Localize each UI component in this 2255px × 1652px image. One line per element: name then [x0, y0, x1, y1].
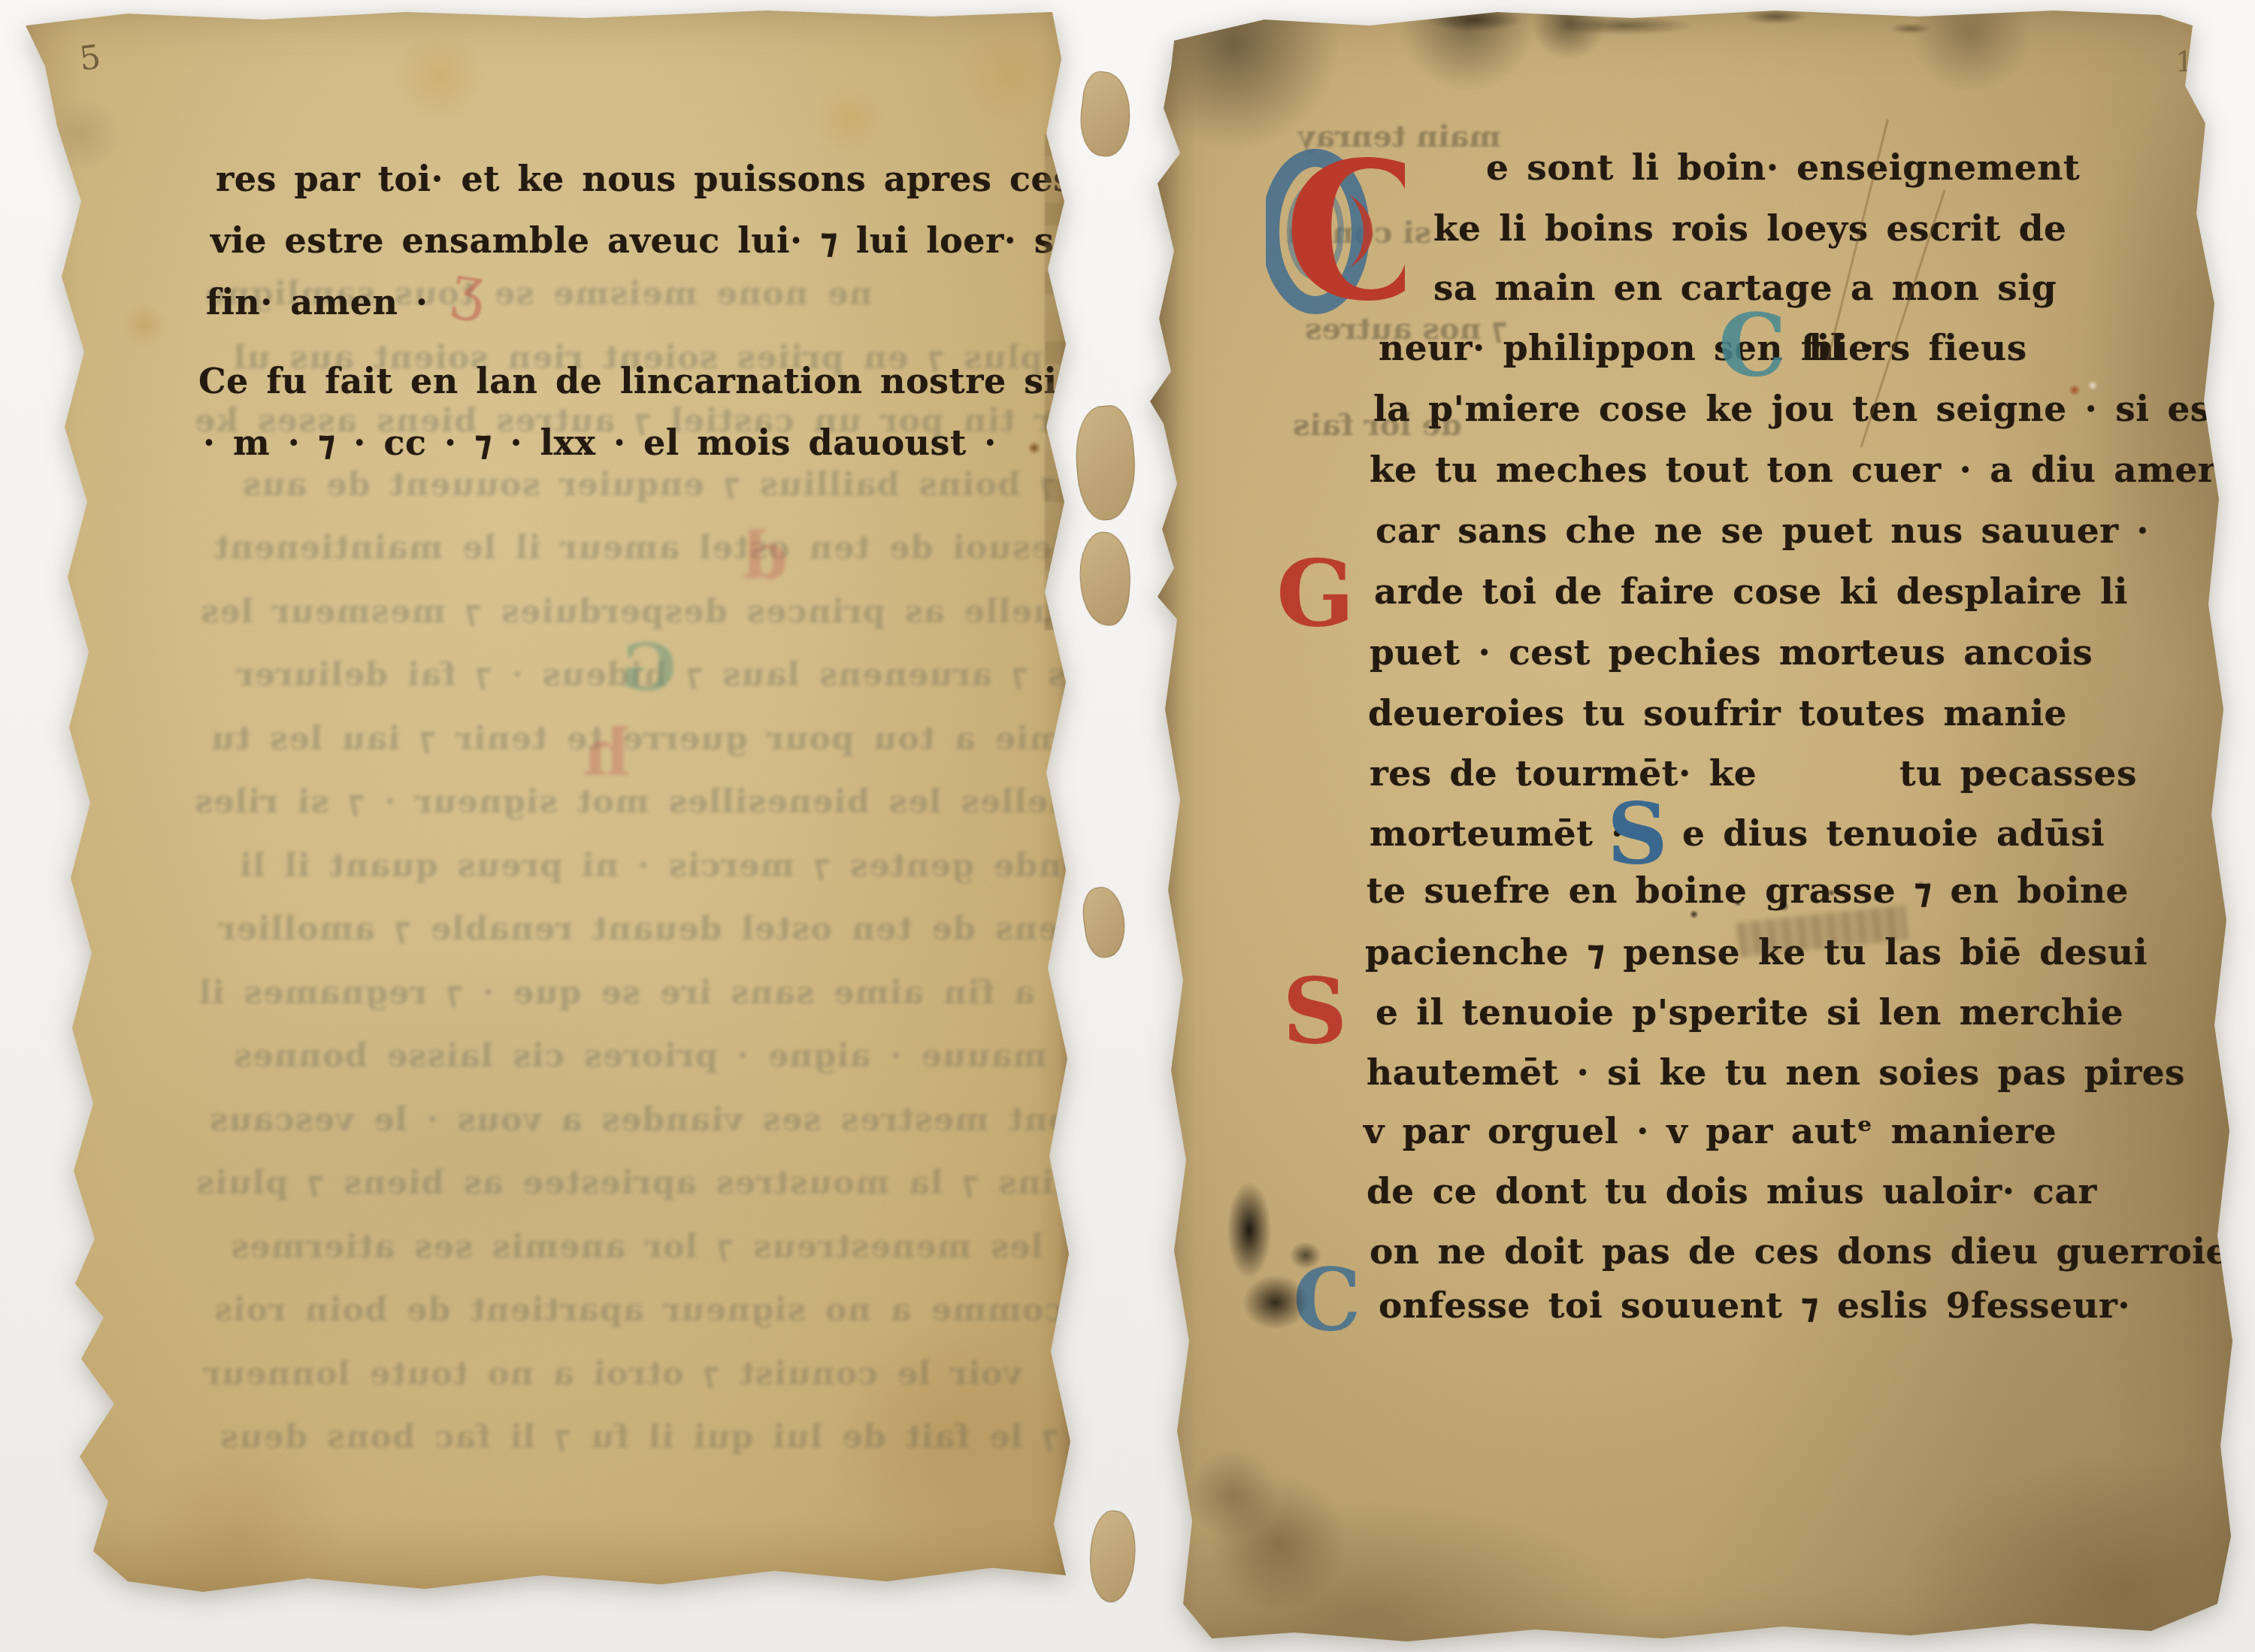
spine-parchment-tab: [1085, 1508, 1140, 1605]
initial-S-rubric: S: [1282, 967, 1348, 1057]
top-edge-grime: [1385, 3, 2001, 54]
manuscript-line: on ne doit pas de ces dons dieu guerroie…: [1370, 1234, 2247, 1269]
left-page: ne none meisme se tous samlignearent plu…: [15, 6, 1091, 1605]
showthrough-initial: h: [583, 722, 631, 786]
spine-edge-shadow: [1144, 3, 1180, 1649]
manuscript-line: e dius tenuoie adūsi: [1682, 816, 2105, 852]
manuscript-line: v par orguel · v par autᵉ maniere: [1364, 1114, 2057, 1149]
manuscript-line: vie estre ensamble aveuc lui· ⁊ lui loer…: [210, 223, 1091, 258]
showthrough-line: reprens de ten ostel deuant renable ⁊ am…: [218, 913, 1091, 946]
svg-text:C: C: [1284, 120, 1405, 343]
illuminated-initial-C: C: [1266, 117, 1405, 346]
manuscript-line: ke li boins rois loeys escrit de: [1433, 211, 2066, 247]
showthrough-initial: d: [743, 525, 788, 589]
showthrough-line: si ies mauue · aigne · priores cis laiss…: [233, 1040, 1091, 1073]
showthrough-line: voir le conuist ⁊ otroi a no toute lonne…: [203, 1358, 1022, 1390]
showthrough-line: nos ⁊ boins baillius ⁊ enquier souuent d…: [242, 469, 1091, 501]
initial-S-blue: S: [1607, 792, 1668, 876]
showthrough-line: rende gentes ⁊ mercis · ni preus quant i…: [239, 850, 1091, 882]
manuscript-line: fin· amen ·: [206, 285, 428, 319]
manuscript-line: morteumēt ·: [1370, 816, 1624, 852]
folio-number: 1: [2175, 45, 2193, 78]
manuscript-line: res par toi· et ke nous puissons apres c…: [216, 162, 1091, 196]
right-page: main tenraysi con fu⁊ nos autresde lor f…: [1144, 3, 2247, 1649]
showthrough-initial: G: [621, 636, 676, 700]
manuscript-line: de ce dont tu dois mius ualoir· car: [1367, 1174, 2097, 1209]
manuscript-line: neur· philippon sen fil ·: [1379, 331, 1875, 366]
manuscript-line: tu pecasses: [1899, 756, 2137, 791]
manuscript-line: hautemēt · si ke tu nen soies pas pires: [1367, 1055, 2185, 1091]
manuscript-line: puet · cest pechies morteus ancois: [1370, 635, 2093, 670]
manuscript-line: res de tourmēt· ke: [1370, 756, 1757, 791]
red-paraph-flourish: ʒ: [448, 252, 490, 323]
manuscript-line: e il tenuoie p'sperite si len merchie: [1376, 995, 2123, 1030]
showthrough-line: de si ains ⁊ la moustres apriestee as bi…: [195, 1167, 1091, 1200]
showthrough-line: quelles les bienesilles mot signeur · ⁊ …: [194, 786, 1091, 818]
manuscript-line: Ce fu fait en lan de lincarnation nostre…: [198, 364, 1091, 398]
manuscript-line: arde toi de faire cose ki desplaire li: [1374, 574, 2128, 610]
manuscript-line: onfesse toi souuent ⁊ eslis 9fesseur·: [1379, 1288, 2130, 1324]
manuscript-line: deueroies tu soufrir toutes manie: [1368, 696, 2067, 731]
showthrough-line: ⁊ le fait de lui qui il fu ⁊ li fac bons…: [219, 1421, 1059, 1454]
manuscript-line: · m · ⁊ · cc · ⁊ · lxx · el mois dauoust…: [203, 425, 997, 460]
manuscript-line: ke tu meches tout ton cuer · a diu amer: [1370, 452, 2217, 488]
manuscript-scan: ne none meisme se tous samlignearent plu…: [0, 0, 2255, 1652]
right-page-parchment: main tenraysi con fu⁊ nos autresde lor f…: [1144, 3, 2247, 1649]
initial-C-chiers: C: [1718, 302, 1787, 388]
manuscript-line: car sans che ne se puet nus sauuer ·: [1376, 513, 2149, 549]
manuscript-line: hiers fieus: [1809, 331, 2027, 366]
showthrough-line: les menestreus ⁊ lor anemis ses atiermes: [230, 1231, 1043, 1263]
showthrough-line: a nomin sont mestres ses viandes a vous …: [209, 1104, 1091, 1136]
showthrough-line: ⁊ ciuelle as princes desperduies ⁊ mesme…: [200, 596, 1091, 628]
manuscript-line: la p'miere cose ke jou ten seigne · si e…: [1373, 392, 2227, 427]
showthrough-line: ⁊ damie a tou pour guerre te tenir ⁊ iau…: [210, 723, 1091, 755]
left-page-parchment: ne none meisme se tous samlignearent plu…: [15, 6, 1091, 1605]
gutter-ridge-shadow: [1058, 6, 1088, 1583]
showthrough-line: et a fin aime sans ire se que · ⁊ regnam…: [198, 977, 1091, 1009]
folio-number: 5: [77, 38, 103, 78]
showthrough-line: ⁊ se desuoi de ten ostel ameur il le mai…: [213, 532, 1091, 564]
showthrough-line: comme a no signeur apartient de boin roi…: [213, 1294, 1064, 1327]
ink-smudge: [1213, 1172, 1326, 1353]
initial-G-rubric: G: [1276, 547, 1355, 639]
manuscript-line: e sont li boin· enseignement: [1486, 150, 2080, 186]
